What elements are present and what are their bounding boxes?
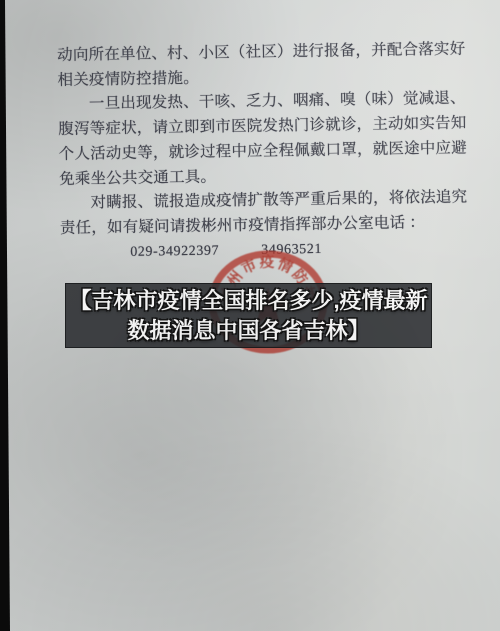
caption-banner: 【吉林市疫情全国排名多少,疫情最新 数据消息中国各省吉林】 [65,283,432,348]
document-photo: 动向所在单位、村、小区（社区）进行报备，并配合落实好 相关疫情防控措施。 一旦出… [0,0,500,631]
caption-line-1: 【吉林市疫情全国排名多少,疫情最新 [69,286,427,316]
caption-line-2: 数据消息中国各省吉林】 [127,316,369,346]
document-body-text: 动向所在单位、村、小区（社区）进行报备，并配合落实好 相关疫情防控措施。 一旦出… [57,38,464,267]
